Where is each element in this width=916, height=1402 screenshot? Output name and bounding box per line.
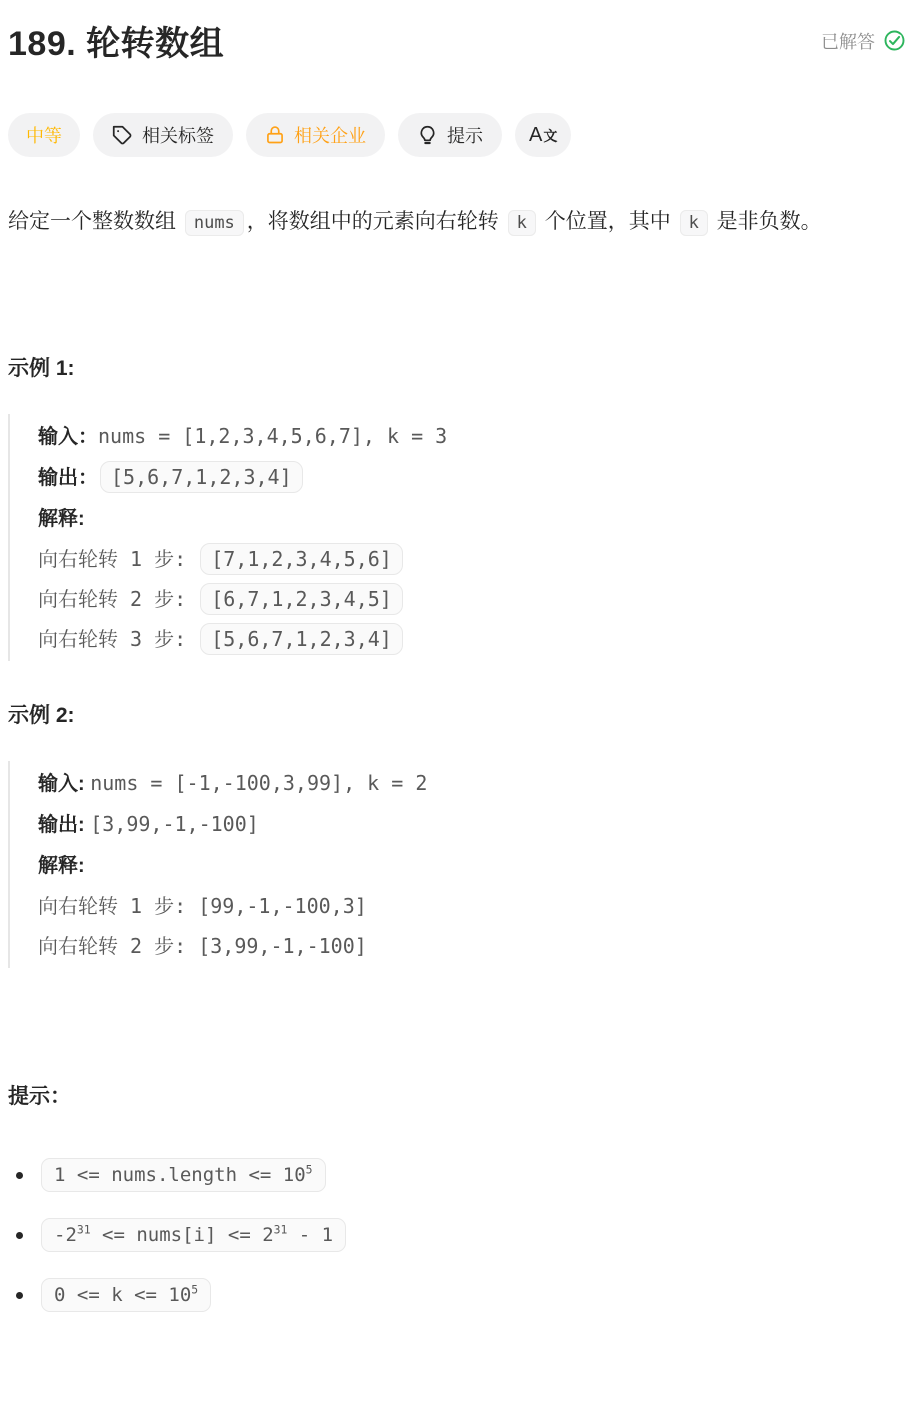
code-chip: [5,6,7,1,2,3,4] [200,623,403,655]
related-tags-label: 相关标签 [142,122,214,148]
code-chip: [7,1,2,3,4,5,6] [200,543,403,575]
constraints-list: 1 <= nums.length <= 105-231 <= nums[i] <… [8,1158,906,1312]
code-chip: [6,7,1,2,3,4,5] [200,583,403,615]
example-line-text: 向右轮转 3 步: [38,627,198,651]
constraints-heading: 提示： [8,1080,906,1110]
example-line: 输入：nums = [1,2,3,4,5,6,7], k = 3 [38,416,906,457]
solved-status[interactable]: 已解答 [821,28,906,54]
constraint-code-chip: 0 <= k <= 105 [41,1278,211,1312]
related-companies-label: 相关企业 [294,122,366,148]
description-text: 个位置，其中 [539,210,677,233]
constraint-item: -231 <= nums[i] <= 231 - 1 [8,1218,906,1252]
inline-code: nums [185,210,244,236]
example-line-text: nums = [-1,-100,3,99], k = 2 [90,771,427,795]
example-line: 输入: nums = [-1,-100,3,99], k = 2 [38,763,906,804]
example-line-text: 向右轮转 2 步: [38,587,198,611]
example-1-heading: 示例 1: [8,352,906,382]
inline-code: k [680,210,708,236]
description-text: 是非负数。 [711,210,822,233]
related-companies-badge[interactable]: 相关企业 [246,113,385,157]
check-circle-icon [883,29,906,52]
translate-badge[interactable]: A文 [515,113,571,157]
example-line-label: 输出： [38,467,98,489]
hint-label: 提示 [447,122,483,148]
example-line: 输出：[5,6,7,1,2,3,4] [38,457,906,498]
example-line: 解释: [38,498,906,539]
example-line: 向右轮转 1 步: [99,-1,-100,3] [38,886,906,926]
description-text: 给定一个整数数组 [8,210,182,233]
example-line-text: nums = [1,2,3,4,5,6,7], k = 3 [98,424,447,448]
badge-row: 中等 相关标签 相关企业 [8,113,906,157]
example-2-heading: 示例 2: [8,699,906,729]
example-line: 向右轮转 1 步: [7,1,2,3,4,5,6] [38,539,906,579]
example-2-block: 输入: nums = [-1,-100,3,99], k = 2输出: [3,9… [8,761,906,968]
solved-label: 已解答 [821,28,875,54]
problem-description: 给定一个整数数组 nums，将数组中的元素向右轮转 k 个位置，其中 k 是非负… [8,201,856,244]
hint-badge[interactable]: 提示 [398,113,502,157]
example-line-label: 解释: [38,508,85,530]
code-chip: [5,6,7,1,2,3,4] [100,461,303,493]
example-line: 输出: [3,99,-1,-100] [38,804,906,845]
inline-code: k [508,210,536,236]
constraint-code-chip: 1 <= nums.length <= 105 [41,1158,326,1192]
lightbulb-icon [417,125,438,146]
constraint-item: 1 <= nums.length <= 105 [8,1158,906,1192]
translate-icon: A文 [529,124,557,147]
example-line: 解释: [38,845,906,886]
example-1-block: 输入：nums = [1,2,3,4,5,6,7], k = 3输出：[5,6,… [8,414,906,661]
description-text: ，将数组中的元素向右轮转 [247,210,505,233]
example-line: 向右轮转 2 步: [3,99,-1,-100] [38,926,906,966]
example-line-text: 向右轮转 1 步: [38,547,198,571]
difficulty-badge[interactable]: 中等 [8,113,80,157]
bullet-dot [16,1172,23,1179]
related-tags-badge[interactable]: 相关标签 [93,113,233,157]
constraint-item: 0 <= k <= 105 [8,1278,906,1312]
example-line-label: 输出: [38,814,90,836]
constraint-code-chip: -231 <= nums[i] <= 231 - 1 [41,1218,346,1252]
example-line: 向右轮转 2 步: [6,7,1,2,3,4,5] [38,579,906,619]
bullet-dot [16,1232,23,1239]
page-title: 189. 轮转数组 [8,16,224,65]
example-line-label: 输入: [38,773,90,795]
tag-icon [112,125,133,146]
example-line: 向右轮转 3 步: [5,6,7,1,2,3,4] [38,619,906,659]
lock-icon [265,125,285,145]
difficulty-label: 中等 [26,122,62,148]
title-row: 189. 轮转数组 已解答 [8,16,906,65]
example-line-label: 解释: [38,855,85,877]
example-line-text: [3,99,-1,-100] [90,812,259,836]
example-line-label: 输入： [38,426,98,448]
example-line-text: 向右轮转 1 步: [99,-1,-100,3] [38,894,367,918]
problem-page: 189. 轮转数组 已解答 中等 相关标签 [0,0,916,1402]
example-line-text: 向右轮转 2 步: [3,99,-1,-100] [38,934,367,958]
bullet-dot [16,1292,23,1299]
